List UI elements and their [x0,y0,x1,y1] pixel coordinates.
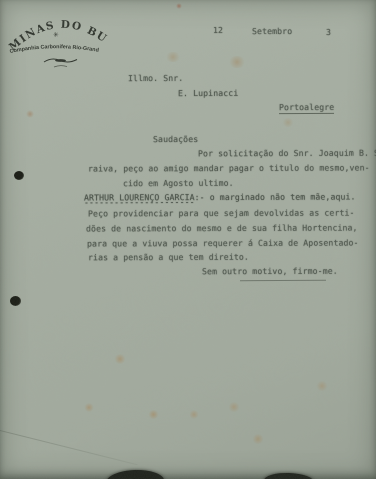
stain [189,410,199,419]
body-line: cido em Agosto ultimo. [123,178,234,188]
recipient-name: E. Lupinacci [178,88,238,98]
body-line: para que a viuva possa requerer á Caixa … [87,238,359,249]
body-line: rias a pensão a que tem direito. [88,252,249,263]
recipient-city: Portoalegre [279,102,334,114]
paper-crease [0,428,138,465]
stain [252,434,264,444]
star-ornament-icon: ✳ [53,30,59,40]
stain [228,56,246,68]
body-line-dashes: ---------------------- [84,197,195,207]
punch-hole [10,296,21,306]
stain [282,118,294,127]
stain [114,354,126,364]
body-line: Peço providenciar para que sejam devolvi… [88,208,355,219]
date-month: Setembro [252,26,292,36]
signature-rule [240,280,326,281]
stain [228,402,240,412]
body-line: dões de nascimento do mesmo e de sua fil… [86,223,358,234]
body-line: Por solicitação do Snr. Joaquim B. Sa- [198,148,376,159]
letterhead: MINAS DO BUTIÁ ✳ Companhia Carbonifera R… [4,4,184,112]
stain [84,403,94,412]
edge-mark [264,472,314,479]
stain [148,410,159,419]
stain [316,381,328,391]
closing-line: Sem outro motivo, firmo-me. [202,266,338,276]
punch-hole [14,171,24,180]
date-day: 12 [213,25,223,35]
edge-mark [106,469,164,479]
body-line: raiva, peço ao amigo mandar pagar o titu… [88,163,370,174]
flourish-icon [44,59,77,67]
date-year: 3 [326,27,331,37]
letter-scan: MINAS DO BUTIÁ ✳ Companhia Carbonifera R… [0,0,376,479]
recipient-salutation: Illmo. Snr. [128,73,183,83]
greeting: Saudações [153,134,198,144]
